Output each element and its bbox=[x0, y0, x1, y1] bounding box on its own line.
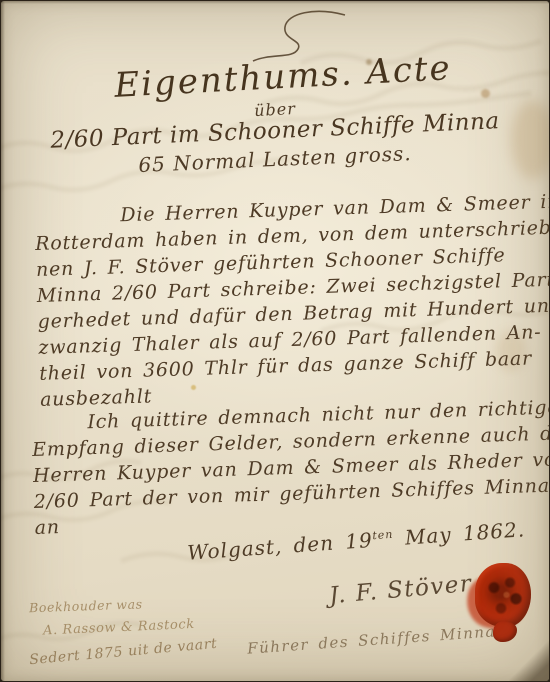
annotation-line: Sedert 1875 uit de vaart bbox=[29, 636, 218, 668]
body-paragraph-1: Die Herren Kuyper van Dam & Smeer in Rot… bbox=[34, 189, 545, 413]
captain-signature: J. F. Stöver bbox=[328, 571, 473, 609]
photo-edge-shadow bbox=[1, 1, 549, 4]
wax-seal-drip bbox=[493, 621, 517, 642]
photo-edge-shadow bbox=[1, 1, 5, 681]
paper-corner-shadow bbox=[509, 641, 549, 681]
archival-annotations: Boekhouder was A. Rassow & Rastock Seder… bbox=[29, 597, 218, 660]
document-photo: Eigenthums. Acte über 2/60 Part im Schoo… bbox=[0, 0, 550, 682]
wax-seal bbox=[467, 563, 537, 647]
paper-sheet: Eigenthums. Acte über 2/60 Part im Schoo… bbox=[1, 1, 549, 681]
date-ordinal-suffix: ten bbox=[372, 528, 394, 542]
wax-seal-texture bbox=[479, 568, 529, 624]
annotation-line: Boekhouder was bbox=[29, 594, 218, 616]
signature-role-line: Führer des Schiffes Minna bbox=[247, 622, 497, 657]
annotation-line: A. Rassow & Rastock bbox=[29, 616, 218, 639]
body-paragraph-2: Ich quittire demnach nicht nur den richt… bbox=[31, 395, 540, 541]
